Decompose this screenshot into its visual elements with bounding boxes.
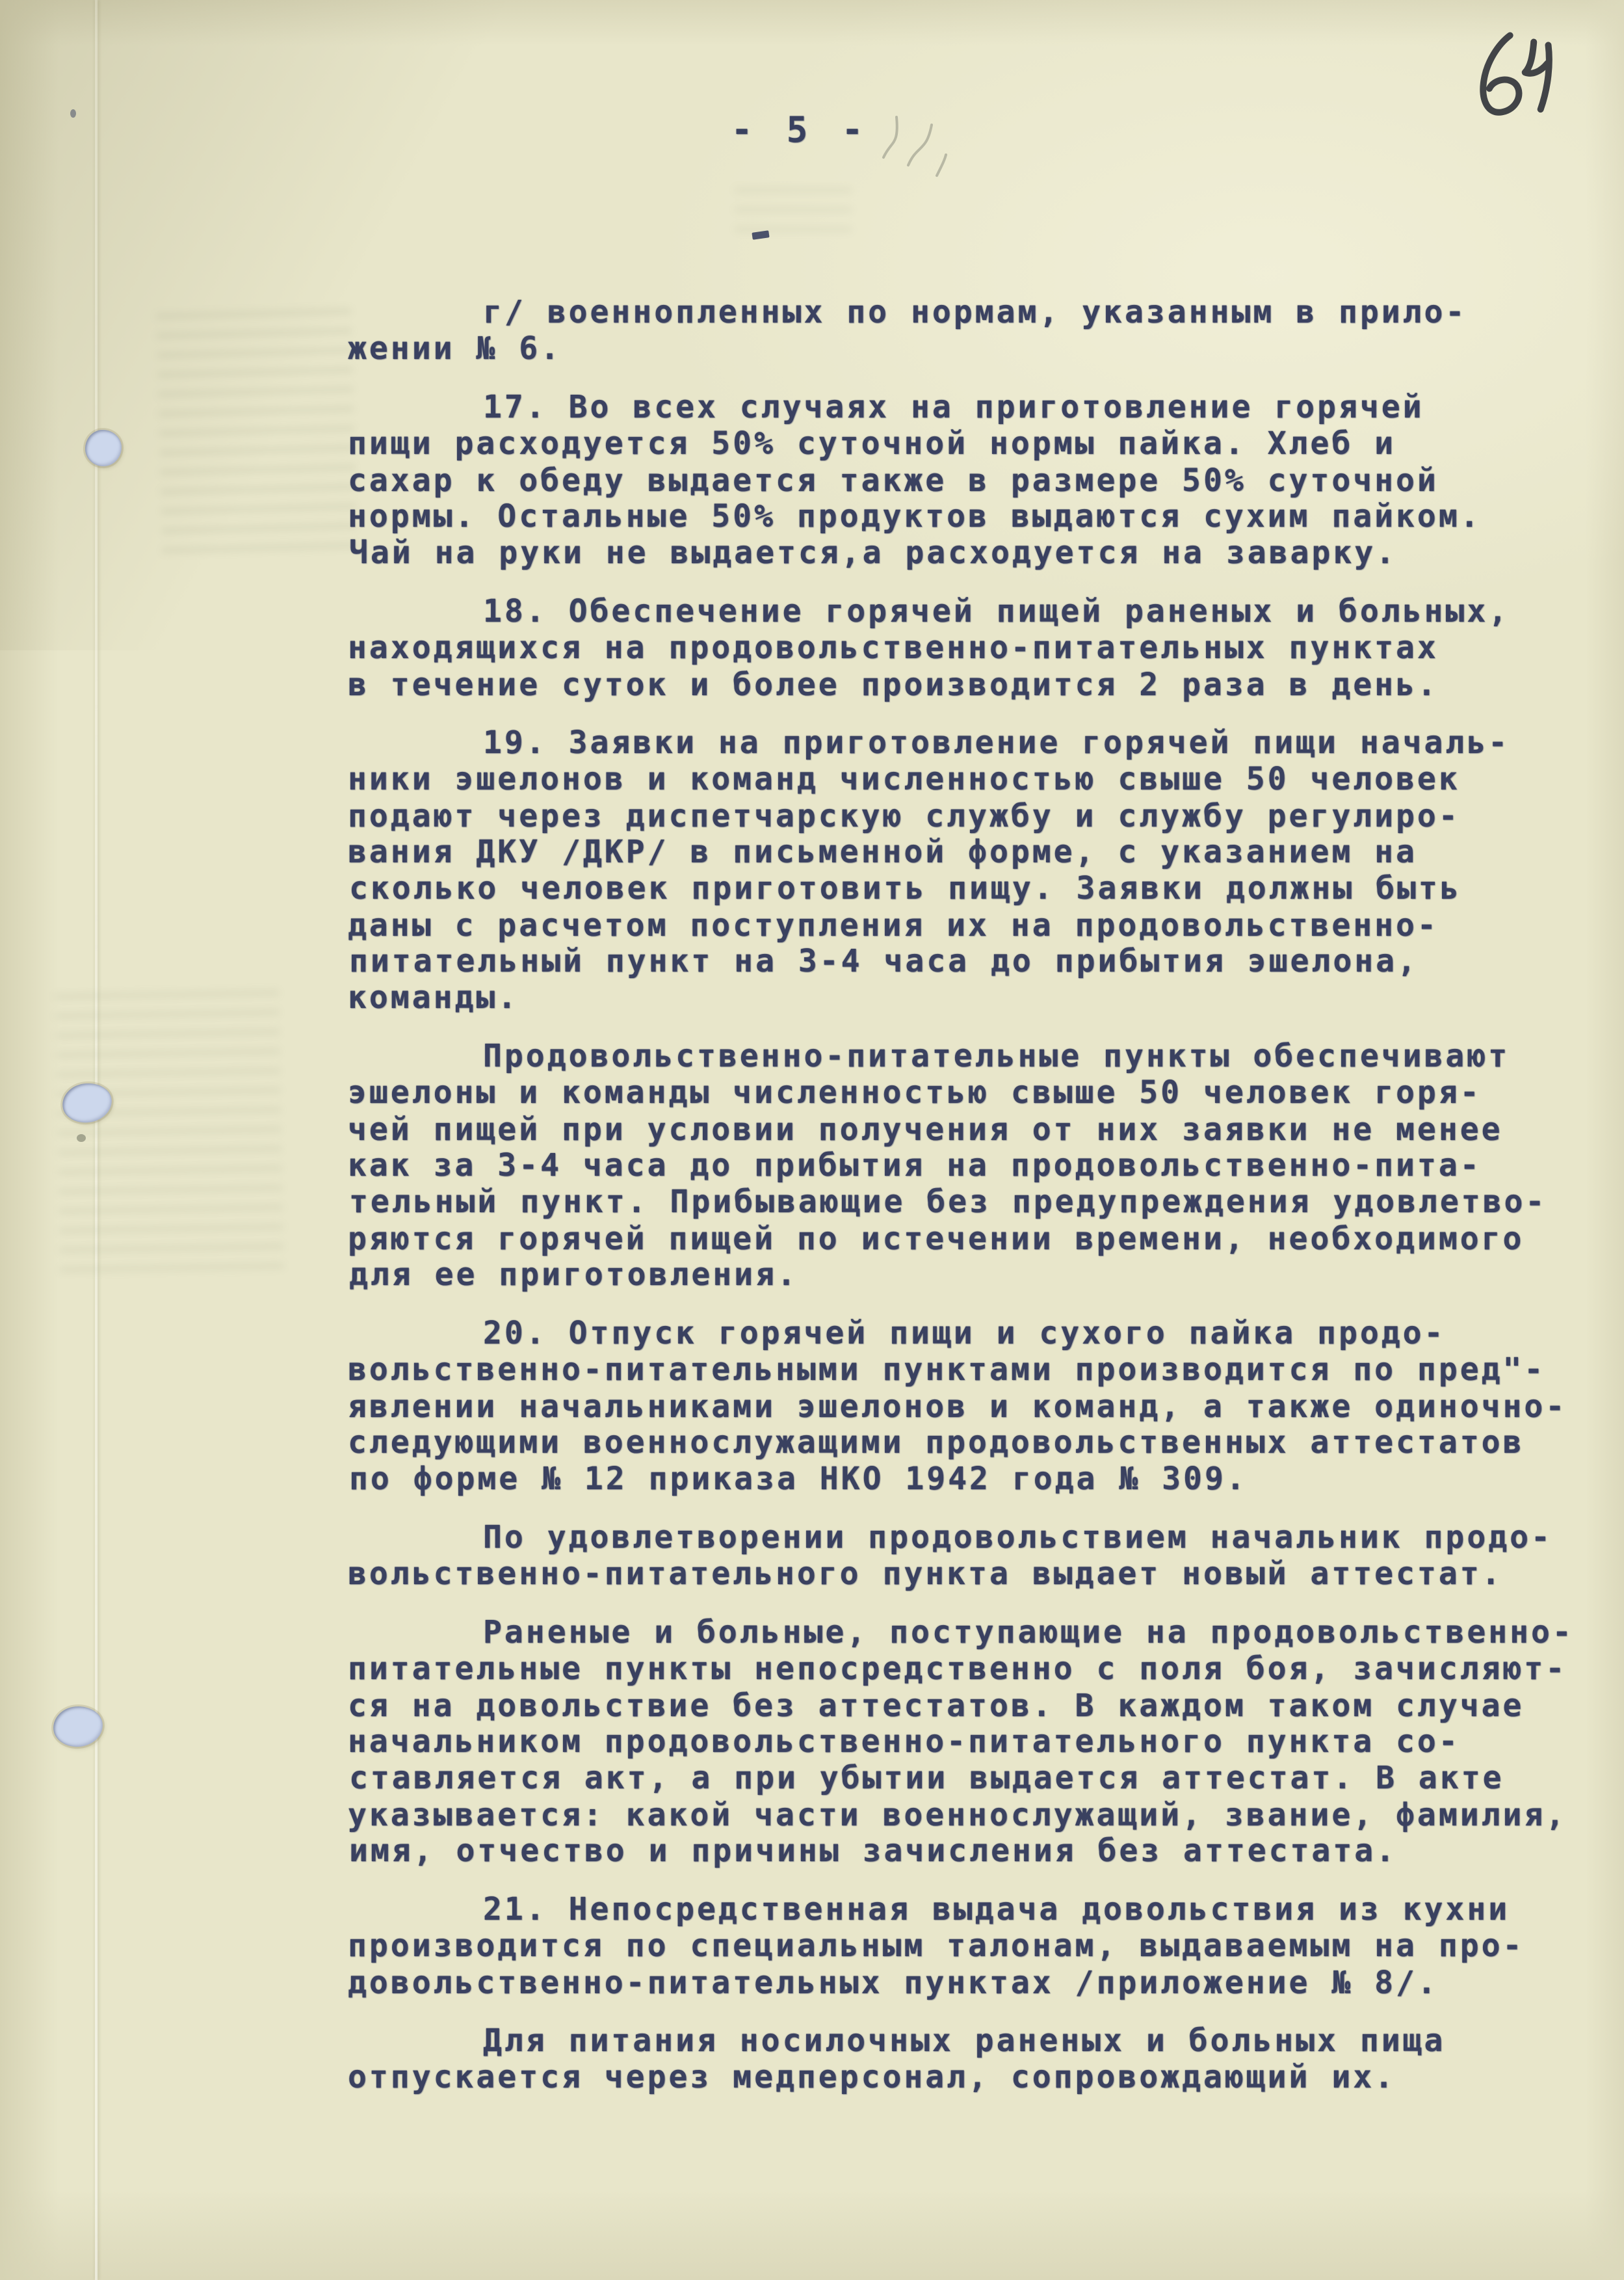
text-line: отпускается через медперсонал, сопровожд… <box>348 2059 1603 2095</box>
text-line: ставляется акт, а при убытии выдается ат… <box>349 1760 1604 1796</box>
paragraph: 17. Во всех случаях на приготовление гор… <box>348 389 1603 571</box>
paragraph: Продовольственно-питательные пункты обес… <box>348 1038 1603 1293</box>
text-line: следующими военнослужащими продовольстве… <box>348 1424 1603 1461</box>
bleed-through-smudge <box>735 187 852 233</box>
text-line: явлении начальниками эшелонов и команд, … <box>348 1388 1603 1425</box>
text-line: вольственно-питательными пунктами произв… <box>348 1351 1603 1388</box>
text-line: Чай на руки не выдается,а расходуется на… <box>349 535 1604 571</box>
text-line: тельный пункт. Прибывающие без предупреж… <box>349 1184 1604 1220</box>
ink-speck <box>70 109 76 118</box>
text-line: как за 3-4 часа до прибытия на продоволь… <box>348 1147 1603 1184</box>
text-line: подают через диспетчарскую службу и служ… <box>348 798 1603 834</box>
text-line: имя, отчество и причины зачисления без а… <box>349 1833 1604 1869</box>
paragraph: По удовлетворении продовольствием началь… <box>348 1519 1603 1592</box>
text-line: Для питания носилочных раненых и больных… <box>349 2022 1604 2059</box>
paragraph: 19. Заявки на приготовление горячей пищи… <box>348 724 1603 1016</box>
ink-speck <box>752 230 769 240</box>
text-line: питательные пункты непосредственно с пол… <box>348 1650 1603 1687</box>
text-line: в течение суток и более производится 2 р… <box>348 667 1603 703</box>
text-line: начальником продовольственно-питательног… <box>348 1723 1603 1760</box>
text-line: чей пищей при условии получения от них з… <box>348 1111 1603 1148</box>
pencil-scribble <box>874 98 959 195</box>
bleed-through-smudge <box>156 308 358 561</box>
punch-hole <box>85 430 122 466</box>
ink-speck <box>77 1134 86 1142</box>
text-line: 18. Обеспечение горячей пищей раненых и … <box>349 593 1604 630</box>
paragraph: г/ военнопленных по нормам, указанным в … <box>348 294 1603 367</box>
text-line: жении № 6. <box>348 330 1603 367</box>
text-line: ся на довольствие без аттестатов. В кажд… <box>348 1688 1603 1724</box>
punch-hole <box>60 1080 114 1126</box>
paper-crease <box>95 0 98 2280</box>
text-line: вания ДКУ /ДКР/ в письменной форме, с ук… <box>348 834 1603 870</box>
document-body: г/ военнопленных по нормам, указанным в … <box>348 294 1603 2117</box>
text-line: 20. Отпуск горячей пищи и сухого пайка п… <box>349 1315 1604 1351</box>
paragraph: 20. Отпуск горячей пищи и сухого пайка п… <box>348 1315 1603 1497</box>
text-line: 19. Заявки на приготовление горячей пищи… <box>349 724 1604 761</box>
text-line: находящихся на продовольственно-питатель… <box>348 630 1603 666</box>
text-line: г/ военнопленных по нормам, указанным в … <box>349 294 1604 330</box>
text-line: по форме № 12 приказа НКО 1942 года № 30… <box>349 1461 1604 1497</box>
paragraph: 21. Непосредственная выдача довольствия … <box>348 1891 1603 2000</box>
text-line: Раненые и больные, поступающие на продов… <box>349 1614 1604 1650</box>
text-line: питательный пункт на 3-4 часа до прибыти… <box>349 943 1604 979</box>
text-line: производится по специальным талонам, выд… <box>348 1928 1603 1964</box>
text-line: сколько человек приготовить пищу. Заявки… <box>349 870 1604 907</box>
text-line: ники эшелонов и команд численностью свыш… <box>348 761 1603 797</box>
handwritten-64-strokes <box>1452 15 1581 139</box>
page-number: - 5 - <box>0 109 1612 150</box>
text-line: 21. Непосредственная выдача довольствия … <box>349 1891 1604 1928</box>
text-line: указывается: какой части военнослужащий,… <box>348 1797 1603 1833</box>
paragraph: Для питания носилочных раненых и больных… <box>348 2022 1603 2095</box>
bleed-through-smudge <box>55 990 284 1280</box>
paragraph: 18. Обеспечение горячей пищей раненых и … <box>348 593 1603 702</box>
text-line: даны с расчетом поступления их на продов… <box>348 907 1603 944</box>
text-line: 17. Во всех случаях на приготовление гор… <box>349 389 1604 425</box>
text-line: довольственно-питательных пунктах /прило… <box>348 1965 1603 2001</box>
text-line: Продовольственно-питательные пункты обес… <box>349 1038 1604 1074</box>
text-line: ряются горячей пищей по истечении времен… <box>348 1221 1603 1257</box>
text-line: нормы. Остальные 50% продуктов выдаются … <box>348 498 1603 535</box>
text-line: По удовлетворении продовольствием началь… <box>349 1519 1604 1556</box>
text-line: пищи расходуется 50% суточной нормы пайк… <box>348 425 1603 462</box>
handwritten-folio-number <box>1452 15 1581 139</box>
text-line: для ее приготовления. <box>349 1256 1604 1293</box>
text-line: сахар к обеду выдается также в размере 5… <box>348 462 1603 499</box>
text-line: команды. <box>348 979 1603 1016</box>
punch-hole <box>51 1704 104 1749</box>
text-line: вольственно-питательного пункта выдает н… <box>348 1556 1603 1592</box>
scanned-document-page: - 5 - г/ военнопленных по нормам, указан… <box>0 0 1624 2280</box>
paragraph: Раненые и больные, поступающие на продов… <box>348 1614 1603 1869</box>
pencil-scribble-strokes <box>874 98 959 195</box>
text-line: эшелоны и команды численностью свыше 50 … <box>348 1074 1603 1111</box>
